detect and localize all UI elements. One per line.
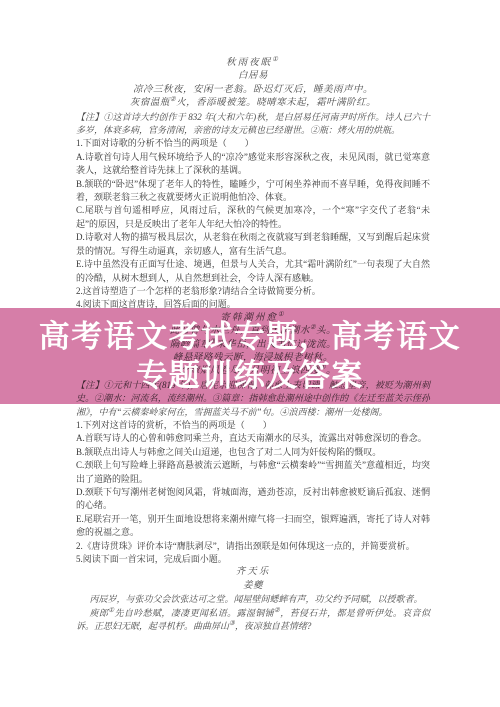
option-c: C.尾联与首句遥相呼应，风雨过后，深秋的气候更加寒冷，一个“寒”字交代了老翁“未… xyxy=(76,204,430,231)
option-e: E.尾联宕开一笔，别开生面地设想将来潮州瘴气将一扫而空，银辉遍洒，寄托了诗人对韩… xyxy=(76,513,430,540)
option-b: B.颔联点出诗人与韩愈之间关山迢递，也包含了对二人同为奸佞构陷的慨叹。 xyxy=(76,446,430,459)
poem1-title: 秋雨夜眠① xyxy=(76,57,430,70)
question-1b: 1.下列对这首诗的赏析，不恰当的两项是（ ） xyxy=(76,419,430,432)
poem1-line: 凉冷三秋夜，安闲一老翁。卧迟灯灭后，睡美雨声中。 xyxy=(76,84,430,97)
poem1-line: 灰宿温瓶②火，香添暖被笼。晓晴寒未起，霜叶满阶红。 xyxy=(76,97,430,110)
banner-line2: 专题训练及答案 xyxy=(136,356,364,395)
option-e: E.诗中虽然没有正面写仕途、境遇，但景与人关合，尤其“霜叶满阶红”一句表现了大自… xyxy=(76,258,430,285)
poem3-title: 齐天乐 xyxy=(76,566,430,579)
task-intro-5: 5.阅读下面一首宋词，完成后面小题。 xyxy=(76,553,430,566)
option-b: B.颔联的“卧迟”体现了老年人的特性，瞌睡少，宁可闲坐养神而不喜早睡，免得夜间睡… xyxy=(76,178,430,205)
option-a: A.诗歌首句诗人用气候环境给予人的“凉冷”感觉来形容深秋之夜，未见风雨，就已觉寒… xyxy=(76,151,430,178)
option-d: D.颈联下句写潮州老树饱阅风霜，背城面海，遒劲苍凉，反衬出韩愈被贬谪后孤寂、迷惘… xyxy=(76,486,430,513)
banner-line1: 高考语文考试专题，高考语文 xyxy=(39,317,462,356)
banner-title: 高考语文考试专题，高考语文 专题训练及答案 xyxy=(0,308,500,404)
question-2: 2.这首诗塑造了一个怎样的老翁形象?请结合全诗做简要分析。 xyxy=(76,285,430,298)
ci-text: 庾郎①先自吟愁赋，凄凄更闻私语。露湿铜铺②，苔侵石井，都是曾听伊处。哀音似诉。正… xyxy=(76,607,430,634)
option-d: D.诗歌对人物的描写极具层次，从老翁在秋雨之夜就寝写到老翁睡醒，又写到醒后起床赏… xyxy=(76,231,430,258)
poem1-author: 白居易 xyxy=(76,70,430,83)
option-a: A.首联写诗人的心曾和韩愈同乘兰舟，直达天南潮水的尽头，流露出对韩愈深切的眷念。 xyxy=(76,432,430,445)
exam-document-page: 秋雨夜眠① 白居易 凉冷三秋夜，安闲一老翁。卧迟灯灭后，睡美雨声中。 灰宿温瓶②… xyxy=(0,0,500,707)
question-2b: 2.《唐诗贯珠》评价本诗“膺肤剥尽”，请指出颈联是如何体现这一点的，并简要赏析。 xyxy=(76,540,430,553)
question-1: 1.下面对诗歌的分析不恰当的两项是（ ） xyxy=(76,137,430,150)
poem1-note: 【注】①这首诗大约创作于 832 年(大和六年)秋，是白居易任河南尹时所作。诗人… xyxy=(76,111,430,138)
poem3-author: 姜夔 xyxy=(76,580,430,593)
option-c: C.颈联上句写险峰上驿路高悬被流云遮断，与韩愈“云横秦岭”“雪拥蓝关”意蕴相近，… xyxy=(76,459,430,486)
ci-preface: 丙辰岁，与张功父会饮张达可之堂。闻屋壁间蟋蟀有声，功父约予同赋，以授歌者。 xyxy=(76,593,430,606)
